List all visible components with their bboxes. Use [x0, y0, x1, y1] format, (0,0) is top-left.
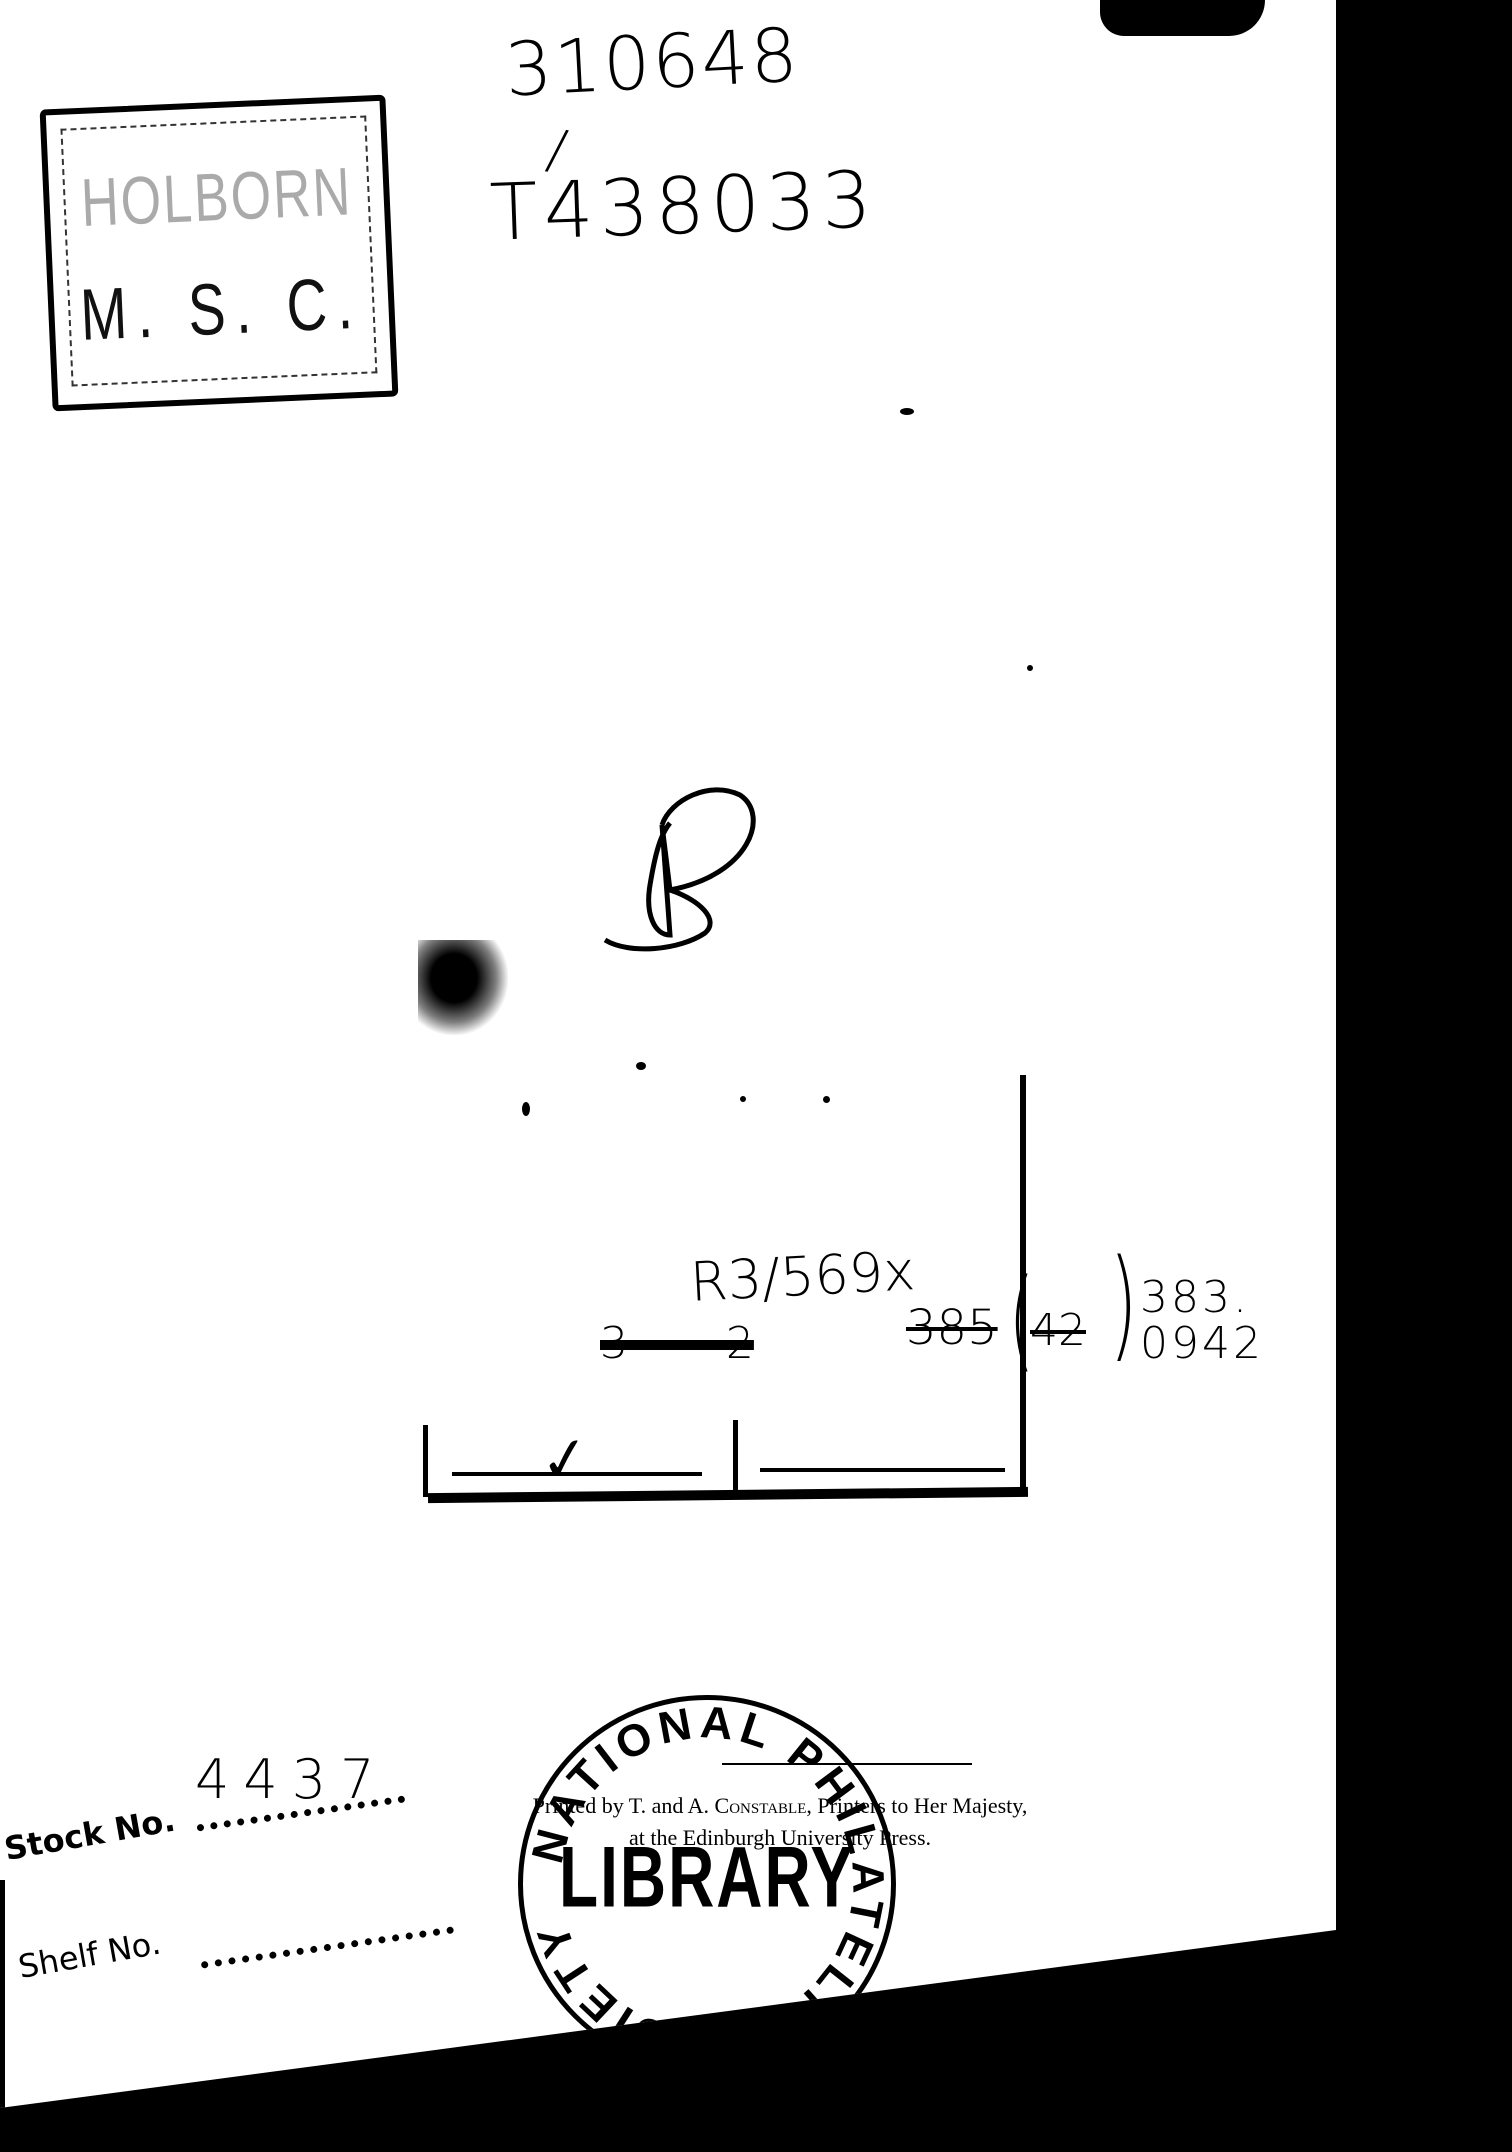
stock-number-label: Stock No. — [1, 1801, 178, 1868]
classification-crossed-out-2: 385 — [906, 1300, 998, 1356]
scan-blot — [1100, 0, 1265, 36]
ink-speck — [740, 1096, 746, 1102]
accession-number-top: 310648 — [503, 12, 802, 113]
shelf-number-dotted-line — [201, 1926, 454, 1968]
ink-speck — [522, 1102, 530, 1116]
ink-speck — [823, 1096, 830, 1103]
ink-speck — [900, 408, 914, 415]
scan-smudge — [418, 940, 508, 1035]
field-line-right — [760, 1468, 1005, 1472]
classification-new: 383. 0942 — [1140, 1275, 1264, 1367]
ink-speck — [1027, 665, 1033, 671]
ink-speck — [636, 1062, 646, 1070]
imprint-line2: at the Edinburgh University Press. — [420, 1822, 1140, 1854]
holborn-stamp-line1: HOLBORN — [48, 152, 385, 244]
page-left-edge-rule — [0, 1880, 5, 2130]
classification-current: R3/569x — [689, 1239, 917, 1314]
holborn-stamp: HOLBORN M. S. C. — [40, 95, 399, 412]
ink-speck — [1045, 2030, 1049, 2038]
classification-crossed-out-paren: 42 — [1030, 1305, 1086, 1356]
imprint-line1: Printed by T. and A. Constable, Printers… — [420, 1790, 1140, 1822]
scanned-page: 310648 / T438033 HOLBORN M. S. C. R3/569… — [0, 0, 1336, 2152]
printer-imprint: Printed by T. and A. Constable, Printers… — [420, 1790, 1140, 1854]
tick-mark: ✓ — [535, 1422, 595, 1498]
classification-new-line2: 0942 — [1140, 1321, 1264, 1367]
box-rule-left — [423, 1425, 428, 1497]
box-rule-bottom — [428, 1487, 1028, 1503]
paren-close: ) — [1109, 1235, 1137, 1374]
holborn-stamp-line2: M. S. C. — [53, 259, 390, 358]
classification-crossed-out-1: 3··· ···2 — [600, 1318, 754, 1369]
classification-new-line1: 383. — [1140, 1275, 1264, 1321]
library-stamp: NATIONAL PHILATELIC SOCIETY LIBRARY — [518, 1695, 896, 2073]
shelf-number-label: Shelf No. — [15, 1924, 163, 1986]
accession-number-bottom: T438033 — [489, 155, 879, 258]
box-rule-right — [1020, 1075, 1026, 1495]
box-rule-middle — [733, 1420, 738, 1495]
initial-b-mark — [600, 775, 790, 955]
